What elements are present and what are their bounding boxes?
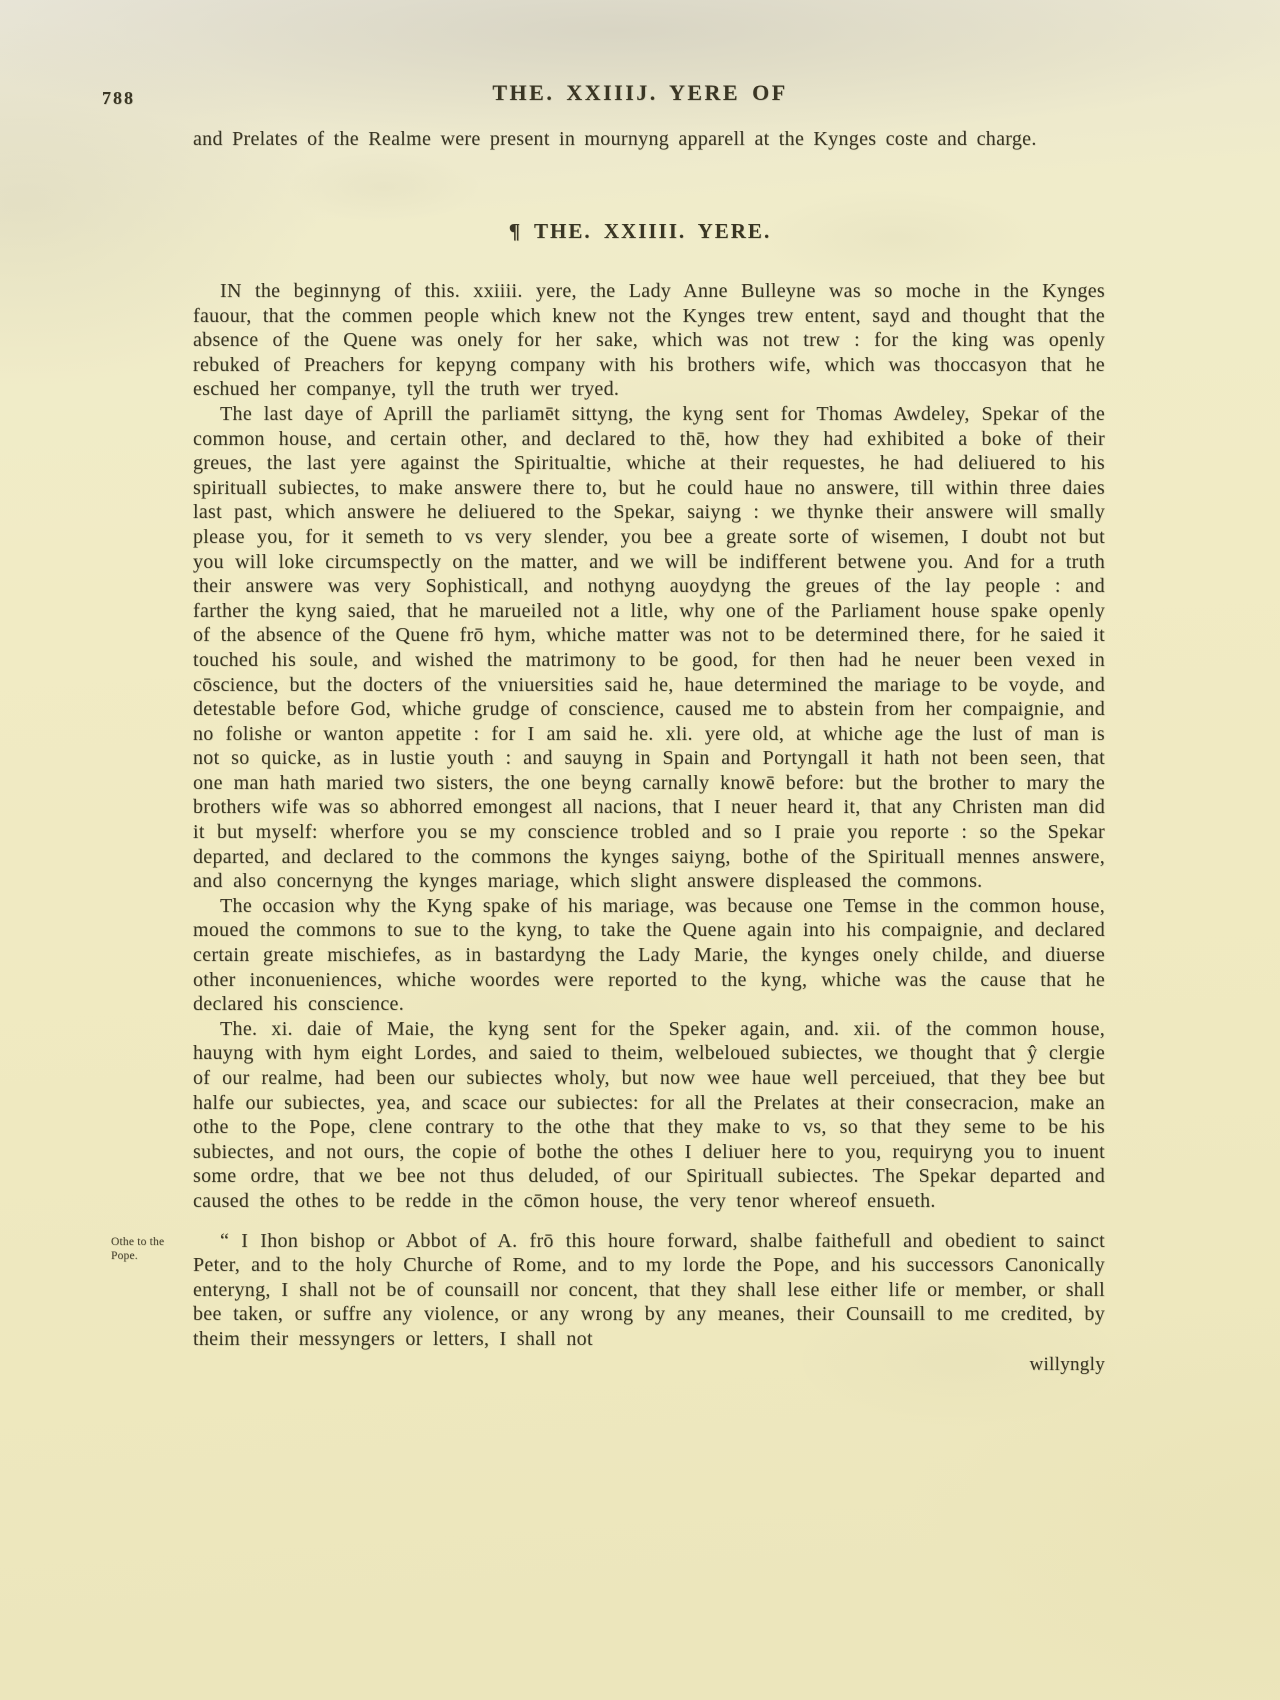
book-page: 788 THE. XXIIIJ. YERE OF and Prelates of…	[0, 0, 1280, 1700]
margin-note: Othe to the Pope.	[111, 1235, 189, 1263]
paragraph-parliament: The last daye of Aprill the parliamēt si…	[193, 402, 1105, 894]
section-heading: ¶ THE. XXIIII. YERE.	[0, 219, 1280, 244]
oath-section: Othe to the Pope. “ I Ihon bishop or Abb…	[193, 1229, 1105, 1352]
oath-paragraph: “ I Ihon bishop or Abbot of A. frō this …	[193, 1229, 1105, 1352]
body-text: IN the beginnyng of this. xxiiii. yere, …	[193, 279, 1105, 1377]
paragraph-temse: The occasion why the Kyng spake of his m…	[193, 894, 1105, 1017]
paragraph-speker-may: The. xi. daie of Maie, the kyng sent for…	[193, 1017, 1105, 1214]
running-header: THE. XXIIIJ. YERE OF	[0, 80, 1280, 106]
catchword: willyngly	[193, 1352, 1105, 1377]
continuation-paragraph: and Prelates of the Realme were present …	[193, 127, 1105, 152]
paragraph-anne-bulleyne: IN the beginnyng of this. xxiiii. yere, …	[193, 279, 1105, 402]
